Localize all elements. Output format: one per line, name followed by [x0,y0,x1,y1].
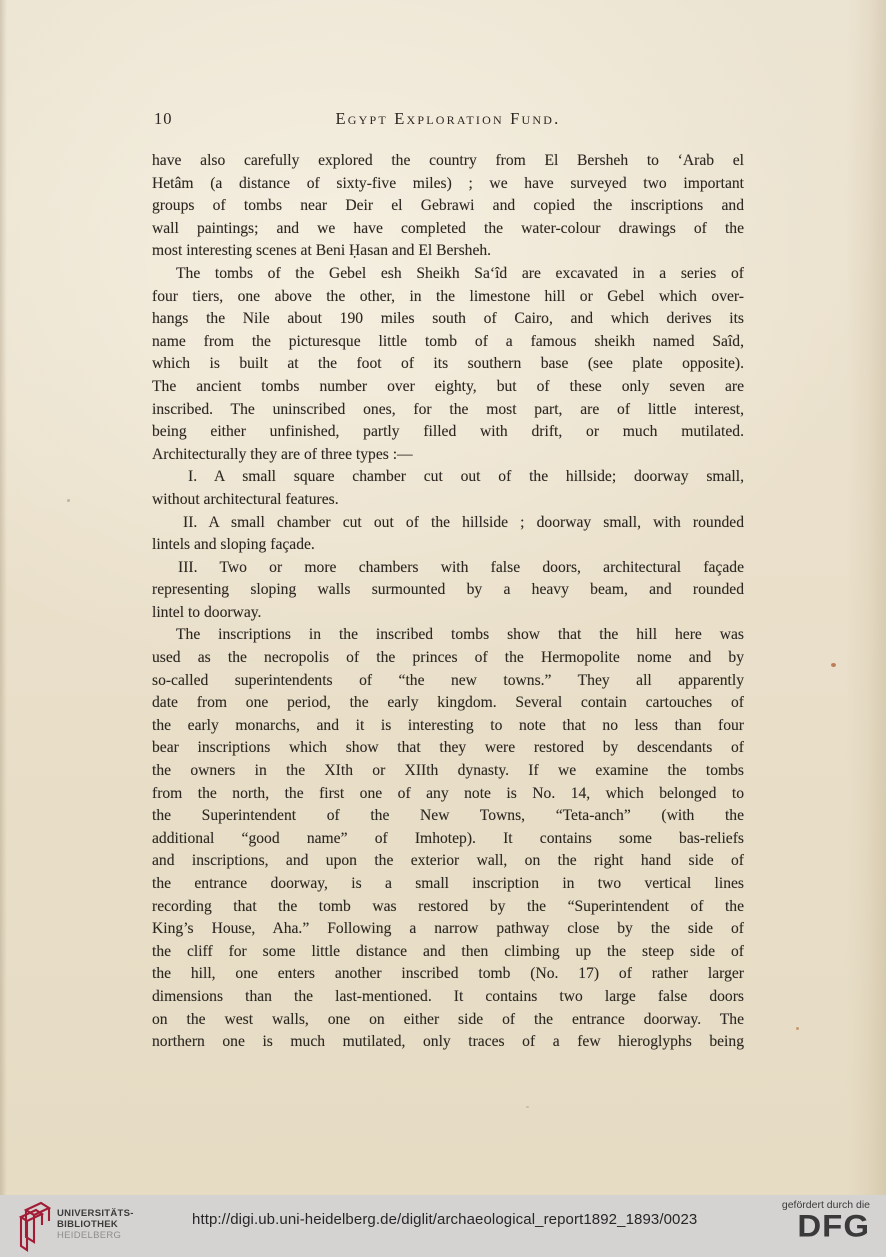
paper-speck [831,663,836,667]
text-line: which is built at the foot of its southe… [152,353,744,376]
text-line: II. A small chamber cut out of the hills… [152,512,744,535]
page-body: have also carefully explored the country… [152,150,744,1054]
text-line: groups of tombs near Deir el Gebrawi and… [152,195,744,218]
text-line: I. A small square chamber cut out of the… [152,466,744,489]
dfg-funding-block: gefördert durch die DFG [782,1199,870,1242]
text-line: The inscriptions in the inscribed tombs … [152,624,744,647]
paper-speck [796,1027,799,1030]
text-line: so-called superintendents of “the new to… [152,670,744,693]
text-line: have also carefully explored the country… [152,150,744,173]
paper-speck [67,499,70,502]
text-line: recording that the tomb was restored by … [152,896,744,919]
text-line: The tombs of the Gebel esh Sheikh Sa‘îd … [152,263,744,286]
text-line: III. Two or more chambers with false doo… [152,557,744,580]
text-line: and inscriptions, and upon the exterior … [152,850,744,873]
text-line: the cliff for some little distance and t… [152,941,744,964]
library-name-line3: HEIDELBERG [57,1230,134,1241]
library-name-line2: BIBLIOTHEK [57,1219,134,1230]
text-line: from the north, the first one of any not… [152,783,744,806]
text-line: The ancient tombs number over eighty, bu… [152,376,744,399]
text-line: additional “good name” of Imhotep). It c… [152,828,744,851]
running-title: Egypt Exploration Fund. [152,109,744,129]
text-line: lintel to doorway. [152,602,744,625]
source-url: http://digi.ub.uni-heidelberg.de/diglit/… [192,1211,697,1228]
text-line: the entrance doorway, is a small inscrip… [152,873,744,896]
text-line: date from one period, the early kingdom.… [152,692,744,715]
digitized-page-view: { "page": { "number": "10", "running_tit… [0,0,886,1257]
library-name-line1: UNIVERSITÄTS- [57,1208,134,1219]
text-line: bear inscriptions which show that they w… [152,737,744,760]
text-line: inscribed. The uninscribed ones, for the… [152,399,744,422]
digitization-footer-bar: UNIVERSITÄTS- BIBLIOTHEK HEIDELBERG http… [0,1195,886,1257]
text-line: used as the necropolis of the princes of… [152,647,744,670]
dfg-logo: DFG [782,1212,870,1241]
text-line: representing sloping walls surmounted by… [152,579,744,602]
text-line: the early monarchs, and it is interestin… [152,715,744,738]
text-line: dimensions than the last-mentioned. It c… [152,986,744,1009]
text-line: being either unfinished, partly filled w… [152,421,744,444]
text-line: lintels and sloping façade. [152,534,744,557]
text-line: without architectural features. [152,489,744,512]
page-header: 10 Egypt Exploration Fund. [152,109,744,131]
text-line: the Superintendent of the New Towns, “Te… [152,805,744,828]
text-line: most interesting scenes at Beni Ḥasan an… [152,240,744,263]
text-line: Hetâm (a distance of sixty-five miles) ;… [152,173,744,196]
text-line: Architecturally they are of three types … [152,444,744,467]
text-line: on the west walls, one on either side of… [152,1009,744,1032]
text-line: wall paintings; and we have completed th… [152,218,744,241]
text-line: the owners in the XIth or XIIth dynasty.… [152,760,744,783]
page-edge-shadow-left [0,0,7,1195]
paper-speck [526,1106,529,1108]
text-line: hangs the Nile about 190 miles south of … [152,308,744,331]
text-line: the hill, one enters another inscribed t… [152,963,744,986]
text-line: King’s House, Aha.” Following a narrow p… [152,918,744,941]
page-edge-shadow-right [846,0,886,1195]
text-line: name from the picturesque little tomb of… [152,331,744,354]
university-library-logo-icon [14,1201,52,1253]
text-line: northern one is much mutilated, only tra… [152,1031,744,1054]
text-line: four tiers, one above the other, in the … [152,286,744,309]
library-name: UNIVERSITÄTS- BIBLIOTHEK HEIDELBERG [57,1208,134,1241]
